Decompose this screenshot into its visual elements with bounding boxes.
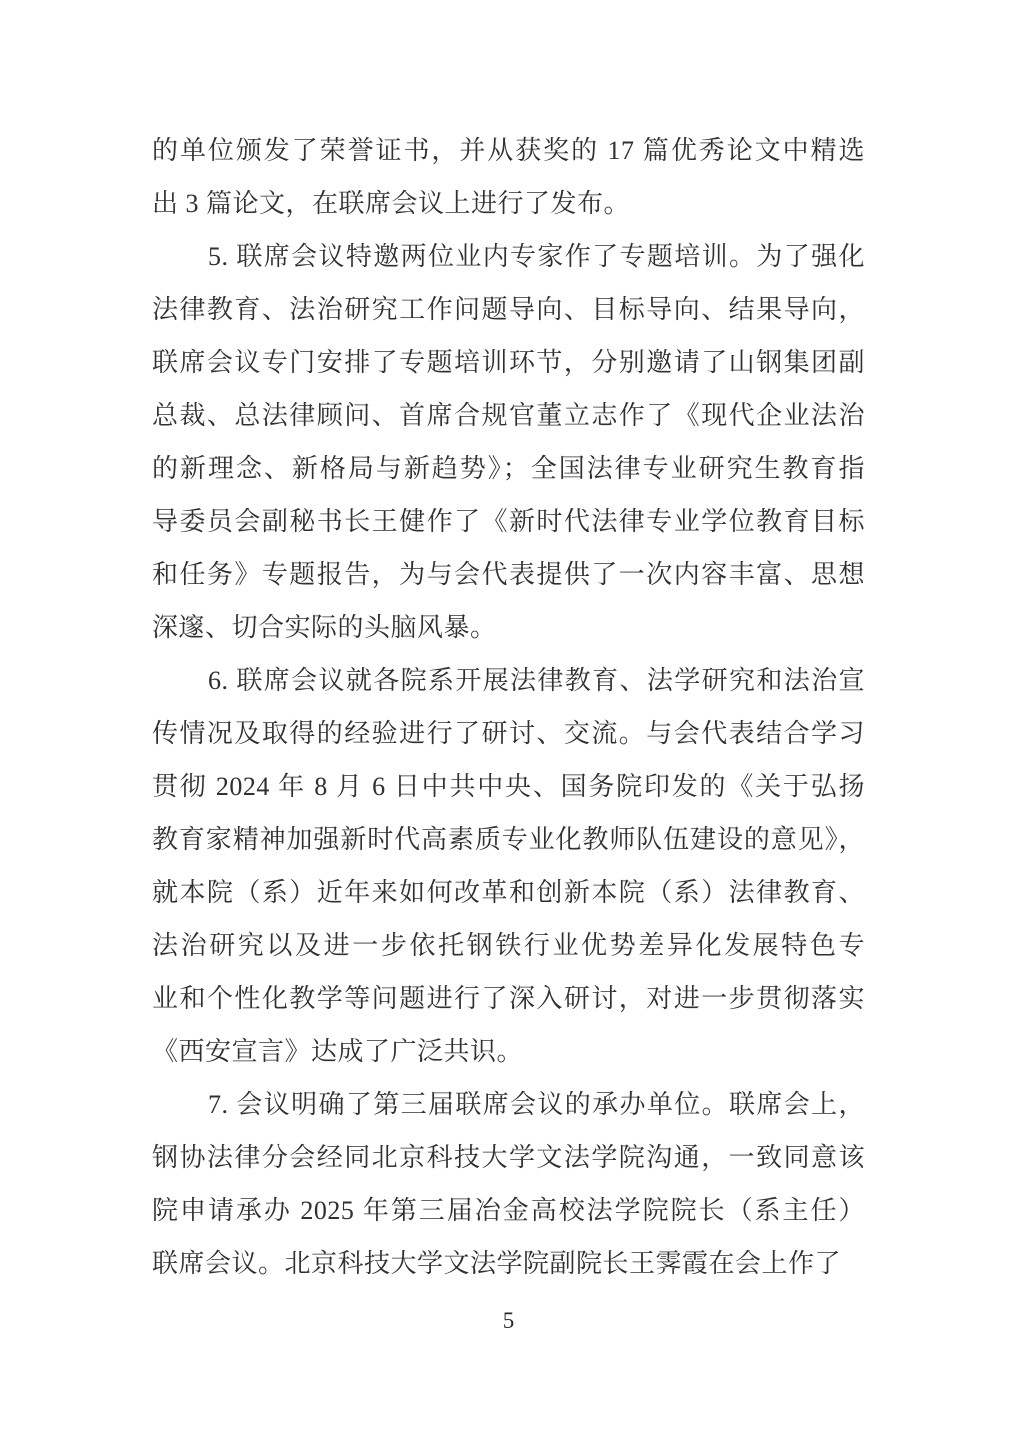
text-line: 7. 会议明确了第三届联席会议的承办单位。联席会上， bbox=[152, 1078, 865, 1131]
text-line: 法律教育、法治研究工作问题导向、目标导向、结果导向， bbox=[152, 283, 865, 336]
paragraph: 的单位颁发了荣誉证书，并从获奖的 17 篇优秀论文中精选出 3 篇论文，在联席会… bbox=[152, 124, 865, 230]
paragraph: 5. 联席会议特邀两位业内专家作了专题培训。为了强化法律教育、法治研究工作问题导… bbox=[152, 230, 865, 654]
document-page: 的单位颁发了荣誉证书，并从获奖的 17 篇优秀论文中精选出 3 篇论文，在联席会… bbox=[0, 0, 1010, 1430]
text-line: 的单位颁发了荣誉证书，并从获奖的 17 篇优秀论文中精选 bbox=[152, 124, 865, 177]
text-line: 联席会议。北京科技大学文法学院副院长王霁霞在会上作了 bbox=[152, 1237, 865, 1290]
text-line: 深邃、切合实际的头脑风暴。 bbox=[152, 601, 865, 654]
text-line: 5. 联席会议特邀两位业内专家作了专题培训。为了强化 bbox=[152, 230, 865, 283]
text-line: 6. 联席会议就各院系开展法律教育、法学研究和法治宣 bbox=[152, 654, 865, 707]
text-line: 《西安宣言》达成了广泛共识。 bbox=[152, 1025, 865, 1078]
text-line: 贯彻 2024 年 8 月 6 日中共中央、国务院印发的《关于弘扬 bbox=[152, 760, 865, 813]
text-line: 出 3 篇论文，在联席会议上进行了发布。 bbox=[152, 177, 865, 230]
text-line: 钢协法律分会经同北京科技大学文法学院沟通，一致同意该 bbox=[152, 1131, 865, 1184]
paragraph: 7. 会议明确了第三届联席会议的承办单位。联席会上，钢协法律分会经同北京科技大学… bbox=[152, 1078, 865, 1290]
text-line: 联席会议专门安排了专题培训环节，分别邀请了山钢集团副 bbox=[152, 336, 865, 389]
text-line: 导委员会副秘书长王健作了《新时代法律专业学位教育目标 bbox=[152, 495, 865, 548]
text-line: 院申请承办 2025 年第三届冶金高校法学院院长（系主任） bbox=[152, 1184, 865, 1237]
document-body: 的单位颁发了荣誉证书，并从获奖的 17 篇优秀论文中精选出 3 篇论文，在联席会… bbox=[152, 124, 865, 1290]
text-line: 教育家精神加强新时代高素质专业化教师队伍建设的意见》， bbox=[152, 813, 865, 866]
text-line: 总裁、总法律顾问、首席合规官董立志作了《现代企业法治 bbox=[152, 389, 865, 442]
text-line: 和任务》专题报告，为与会代表提供了一次内容丰富、思想 bbox=[152, 548, 865, 601]
text-line: 业和个性化教学等问题进行了深入研讨，对进一步贯彻落实 bbox=[152, 972, 865, 1025]
paragraph: 6. 联席会议就各院系开展法律教育、法学研究和法治宣传情况及取得的经验进行了研讨… bbox=[152, 654, 865, 1078]
text-line: 法治研究以及进一步依托钢铁行业优势差异化发展特色专 bbox=[152, 919, 865, 972]
text-line: 就本院（系）近年来如何改革和创新本院（系）法律教育、 bbox=[152, 866, 865, 919]
page-number: 5 bbox=[152, 1306, 865, 1336]
text-line: 传情况及取得的经验进行了研讨、交流。与会代表结合学习 bbox=[152, 707, 865, 760]
text-line: 的新理念、新格局与新趋势》；全国法律专业研究生教育指 bbox=[152, 442, 865, 495]
